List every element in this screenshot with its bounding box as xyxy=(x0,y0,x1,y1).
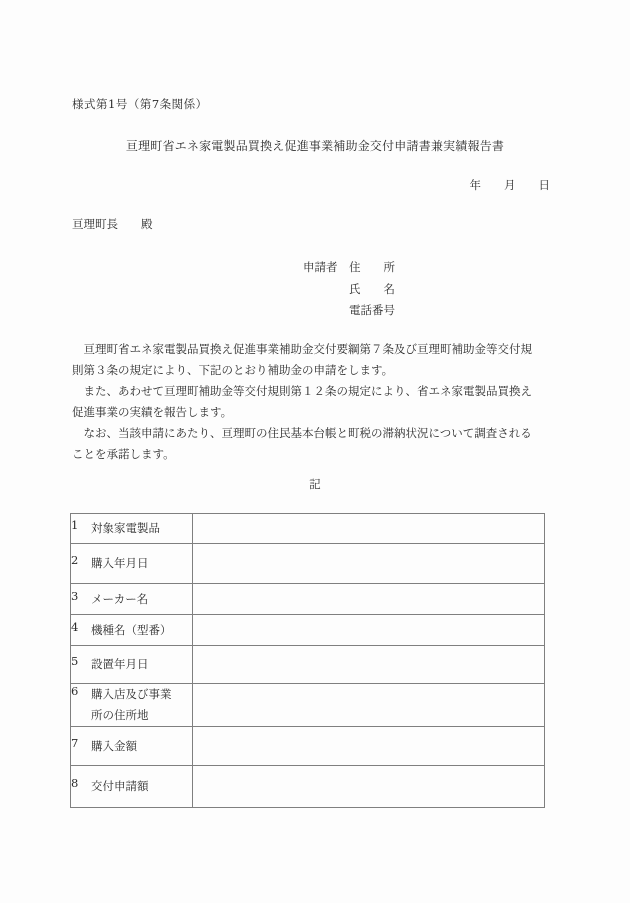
table-row: 5設置年月日 xyxy=(71,646,545,684)
row-number: 2 xyxy=(71,553,91,567)
row-label: 対象家電製品 xyxy=(91,518,160,539)
document-title: 亘理町省エネ家電製品買換え促進事業補助金交付申請書兼実績報告書 xyxy=(0,137,630,154)
row-label-cell: 4機種名（型番） xyxy=(71,615,193,646)
table-row: 3メーカー名 xyxy=(71,584,545,615)
row-label: 交付申請額 xyxy=(91,776,149,797)
row-label-cell: 1対象家電製品 xyxy=(71,514,193,544)
form-number: 様式第1号（第7条関係） xyxy=(72,96,208,112)
row-label: 設置年月日 xyxy=(91,654,149,675)
body-line: 亘理町省エネ家電製品買換え促進事業補助金交付要綱第７条及び亘理町補助金等交付規 xyxy=(72,339,550,360)
items-table: 1対象家電製品 2購入年月日 3メーカー名 4機種名（型番） 5設置年月日 6購… xyxy=(70,513,545,808)
row-number: 8 xyxy=(71,776,91,790)
body-paragraph: 亘理町省エネ家電製品買換え促進事業補助金交付要綱第７条及び亘理町補助金等交付規 … xyxy=(72,339,550,465)
row-value-cell xyxy=(193,615,545,646)
row-label: メーカー名 xyxy=(91,589,148,610)
table-row: 2購入年月日 xyxy=(71,544,545,584)
table-row: 7購入金額 xyxy=(71,727,545,766)
applicant-name-line: 氏 名 xyxy=(303,279,395,301)
body-line: 則第３条の規定により、下記のとおり補助金の申請をします。 xyxy=(72,360,550,381)
row-value-cell xyxy=(193,766,545,808)
row-value-cell xyxy=(193,584,545,615)
row-label-cell: 8交付申請額 xyxy=(71,766,193,808)
row-number: 5 xyxy=(71,654,91,668)
applicant-block: 申請者 住 所 氏 名 電話番号 xyxy=(303,257,395,322)
row-number: 3 xyxy=(71,589,91,603)
table-row: 8交付申請額 xyxy=(71,766,545,808)
body-line: 促進事業の実績を報告します。 xyxy=(72,402,550,423)
addressee-line: 亘理町長 殿 xyxy=(72,216,153,232)
row-label-cell: 2購入年月日 xyxy=(71,544,193,584)
row-number: 7 xyxy=(71,736,91,750)
row-value-cell xyxy=(193,727,545,766)
table-row: 6購入店及び事業 所の住所地 xyxy=(71,684,545,727)
row-number: 1 xyxy=(71,518,91,532)
row-label-cell: 5設置年月日 xyxy=(71,646,193,684)
row-value-cell xyxy=(193,514,545,544)
body-line: なお、当該申請にあたり、亘理町の住民基本台帳と町税の滞納状況について調査される xyxy=(72,423,550,444)
row-value-cell xyxy=(193,684,545,727)
row-value-cell xyxy=(193,646,545,684)
body-line: また、あわせて亘理町補助金等交付規則第１２条の規定により、省エネ家電製品買換え xyxy=(72,381,550,402)
table-row: 1対象家電製品 xyxy=(71,514,545,544)
row-value-cell xyxy=(193,544,545,584)
body-line: ことを承諾します。 xyxy=(72,444,550,465)
row-label-cell: 3メーカー名 xyxy=(71,584,193,615)
record-marker: 記 xyxy=(0,476,630,492)
applicant-address-line: 申請者 住 所 xyxy=(303,257,395,279)
row-number: 6 xyxy=(71,684,91,698)
table-row: 4機種名（型番） xyxy=(71,615,545,646)
row-label: 購入年月日 xyxy=(91,553,149,574)
row-label: 購入金額 xyxy=(91,736,137,757)
document-page: 様式第1号（第7条関係） 亘理町省エネ家電製品買換え促進事業補助金交付申請書兼実… xyxy=(0,0,630,903)
applicant-phone-line: 電話番号 xyxy=(303,300,395,322)
row-number: 4 xyxy=(71,620,91,634)
date-line: 年 月 日 xyxy=(470,177,551,193)
row-label: 購入店及び事業 所の住所地 xyxy=(91,684,172,726)
row-label-cell: 7購入金額 xyxy=(71,727,193,766)
row-label-cell: 6購入店及び事業 所の住所地 xyxy=(71,684,193,727)
row-label: 機種名（型番） xyxy=(91,620,172,641)
